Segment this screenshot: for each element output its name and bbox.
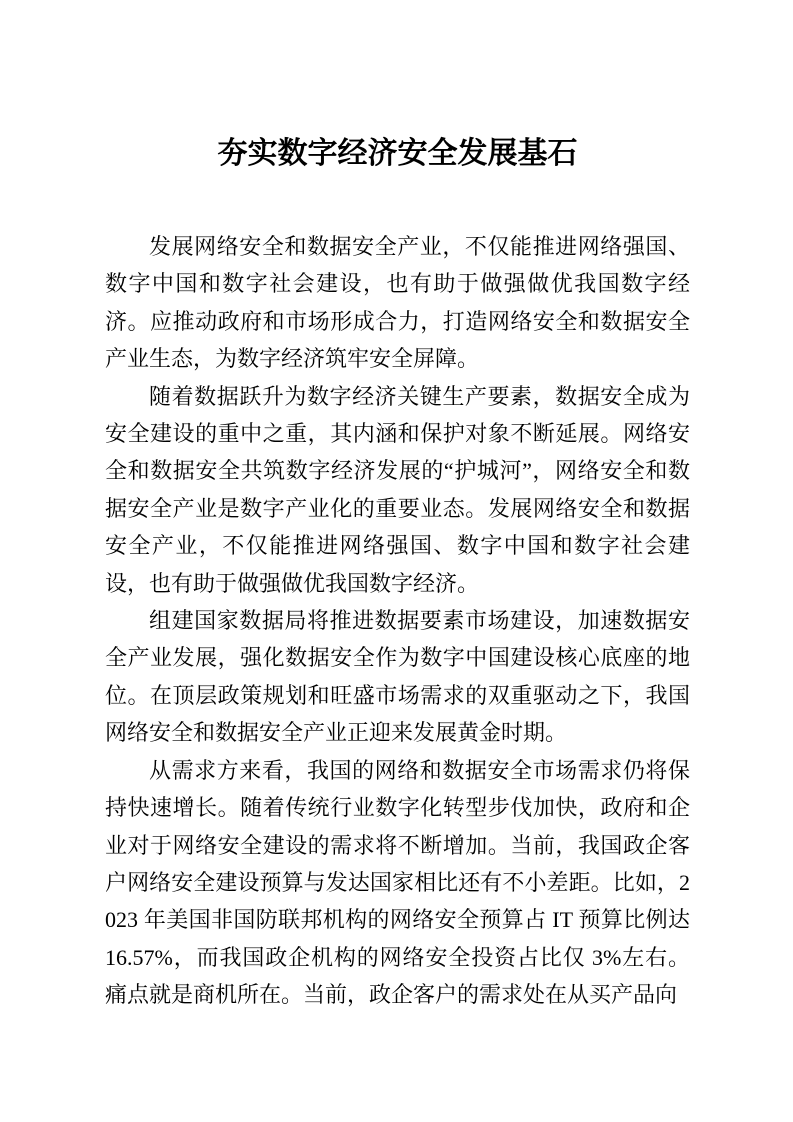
document-body: 发展网络安全和数据安全产业，不仅能推进网络强国、数字中国和数字社会建设，也有助于…	[105, 228, 690, 1014]
paragraph: 随着数据跃升为数字经济关键生产要素，数据安全成为安全建设的重中之重，其内涵和保护…	[105, 378, 690, 602]
paragraph: 从需求方来看，我国的网络和数据安全市场需求仍将保持快速增长。随着传统行业数字化转…	[105, 752, 690, 1014]
document-title: 夯实数字经济安全发展基石	[105, 130, 690, 178]
paragraph: 组建国家数据局将推进数据要素市场建设，加速数据安全产业发展，强化数据安全作为数字…	[105, 602, 690, 752]
document-page: 夯实数字经济安全发展基石 发展网络安全和数据安全产业，不仅能推进网络强国、数字中…	[0, 0, 793, 1122]
paragraph: 发展网络安全和数据安全产业，不仅能推进网络强国、数字中国和数字社会建设，也有助于…	[105, 228, 690, 378]
